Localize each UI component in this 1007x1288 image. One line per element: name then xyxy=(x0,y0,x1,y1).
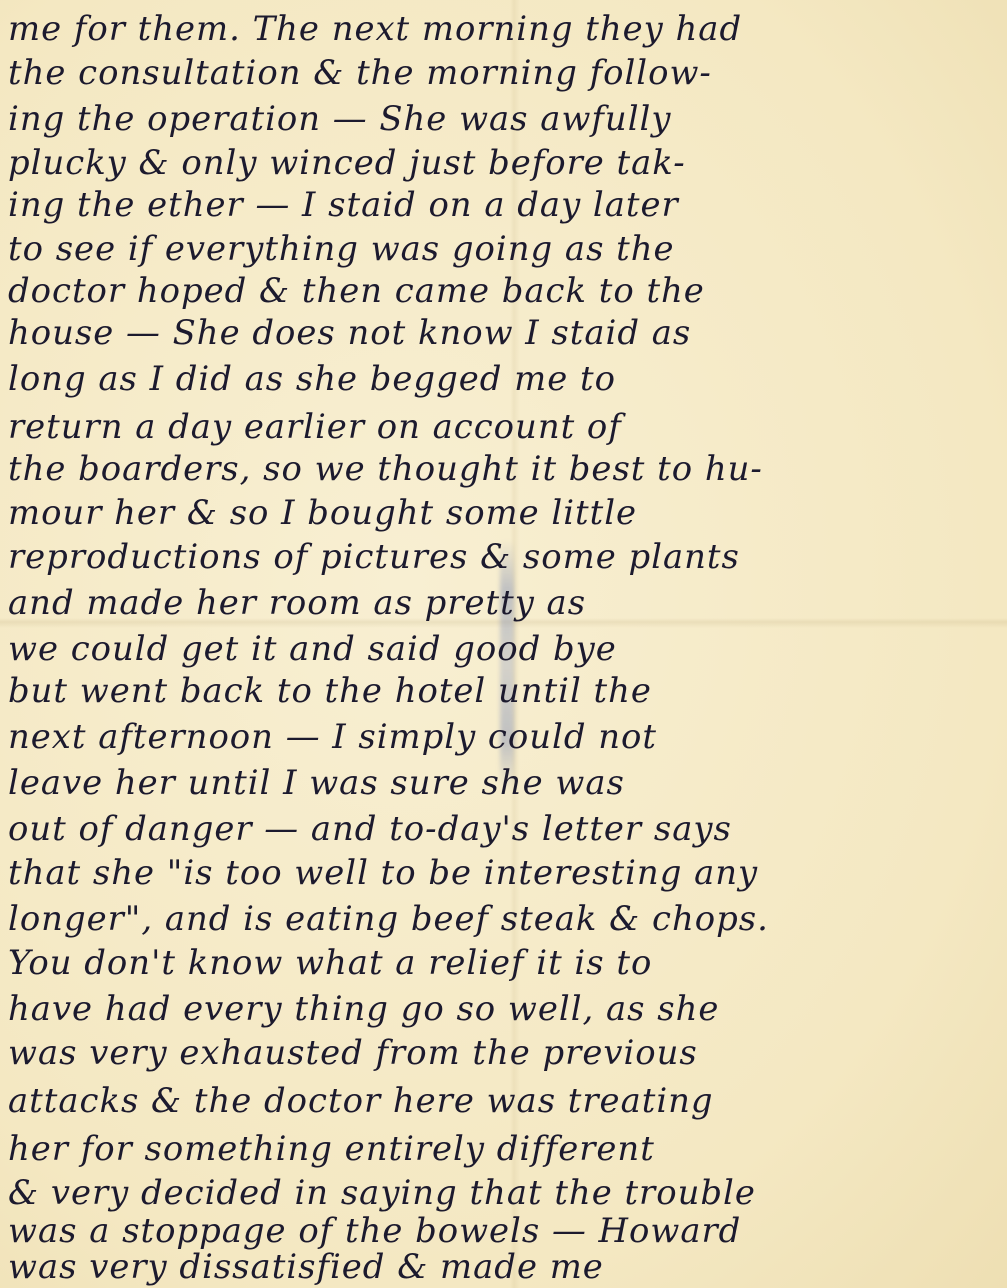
letter-line: ing the ether — I staid on a day later xyxy=(8,182,998,228)
letter-line: You don't know what a relief it is to xyxy=(8,940,998,986)
letter-line: have had every thing go so well, as she xyxy=(8,986,998,1032)
letter-line: but went back to the hotel until the xyxy=(8,668,998,714)
letter-line: her for something entirely different xyxy=(8,1126,998,1172)
letter-line: next afternoon — I simply could not xyxy=(8,714,998,760)
letter-line: was very exhausted from the previous xyxy=(8,1030,998,1076)
letter-line: to see if everything was going as the xyxy=(8,226,998,272)
letter-line: me for them. The next morning they had xyxy=(8,6,998,52)
letter-line: out of danger — and to-day's letter says xyxy=(8,806,998,852)
letter-line: attacks & the doctor here was treating xyxy=(8,1078,998,1124)
letter-line: house — She does not know I staid as xyxy=(8,310,998,356)
letter-line: and made her room as pretty as xyxy=(8,580,998,626)
letter-page: me for them. The next morning they had t… xyxy=(0,0,1007,1288)
letter-line: leave her until I was sure she was xyxy=(8,760,998,806)
letter-line: the consultation & the morning follow- xyxy=(8,50,998,96)
letter-line: return a day earlier on account of xyxy=(8,404,998,450)
letter-line: was very dissatisfied & made me xyxy=(8,1244,998,1288)
letter-line: longer", and is eating beef steak & chop… xyxy=(8,896,998,942)
letter-line: that she "is too well to be interesting … xyxy=(8,850,998,896)
letter-line: we could get it and said good bye xyxy=(8,626,998,672)
letter-line: reproductions of pictures & some plants xyxy=(8,534,998,580)
letter-line: ing the operation — She was awfully xyxy=(8,96,998,142)
letter-line: doctor hoped & then came back to the xyxy=(8,268,998,314)
letter-line: long as I did as she begged me to xyxy=(8,356,998,402)
letter-line: mour her & so I bought some little xyxy=(8,490,998,536)
letter-line: the boarders, so we thought it best to h… xyxy=(8,446,998,492)
letter-line: plucky & only winced just before tak- xyxy=(8,140,998,186)
